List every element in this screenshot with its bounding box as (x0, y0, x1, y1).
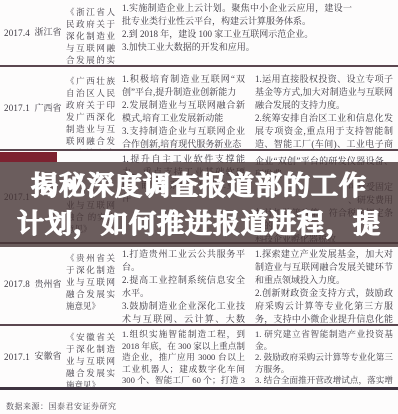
content-item: 2.发展制造业与互联网融合新模式,培育工业发展新动能 (122, 99, 245, 125)
content-item: 1.打造贵州工业云公共服务平台。 (122, 248, 245, 274)
cell-document-title: 《广西壮族自治区人民政府关于印发广西深化制造业与互联网融合发展实施方案的通知》 (62, 67, 118, 149)
cell-province: 贵州省 (34, 244, 62, 324)
table-row: 2017.4 浙江省 《浙江省人民政府关于深化制造业与互联网融合发展的实施意见》… (0, 0, 398, 67)
cell-measures: 1.积极培育制造业互联网“双创”平台,提升制造业创新能力 2.发展制造业与互联网… (118, 67, 250, 149)
cell-province: 广西省 (34, 67, 62, 149)
content-item: 2. 鼓励政府采购云计算等专业化第三方服务。 (255, 352, 393, 375)
content-item: 1.实施制造企业上云计划。聚焦中小企业云应用，建设一批专业类行业性云平台，构建云… (122, 2, 352, 28)
cell-measures: 1.打造贵州工业云公共服务平台。 2.提高工业控制系统信息安全水平。 3.鼓励制… (118, 244, 250, 324)
cell-date: 2017.8 (0, 244, 34, 324)
cell-document-title: 《浙江省人民政府关于深化制造业与互联网融合发展的实施意见》 (62, 0, 118, 65)
content-item: 2.统筹安排自治区工业和信息化发展专项资金,重点用于支持智能制造、智能工厂(车间… (255, 112, 393, 151)
content-item: 1.运用直接股权投资、设立专项子基金等方式,加大对制造业与互联网融合发展的支持力… (255, 73, 393, 112)
headline-line-2: 计划，如何推进报道进程，提 (0, 205, 398, 243)
table-row: 2017.1 安徽省 《安徽省关于深化制造业与互联网融合发展实施意见》 1.组织… (0, 326, 398, 390)
cell-province: 安徽省 (34, 326, 62, 387)
cell-measures: 1.组织实施智能制造工程，到 2018 年底，在 300 家以上重点制造企业，推… (118, 326, 250, 387)
content-item: 3.加快工业大数据的开发和应用。 (122, 41, 352, 54)
content-item: 1. 研究建立省智能制造产业投资基金。 (255, 329, 393, 352)
cell-date: 2017.1 (0, 67, 34, 149)
headline-banner-overlay: 揭秘深度调查报道部的工作 计划，如何推进报道进程，提 (0, 162, 398, 247)
cell-date: 2017.1 (0, 326, 34, 387)
cell-document-title: 《安徽省关于深化制造业与互联网融合发展实施意见》 (62, 326, 118, 387)
table-row: 2017.8 贵州省 《贵州省关于深化制造业与互联网融合发展实施意见》 1.打造… (0, 244, 398, 326)
content-item: 3.鼓励制造业企业深化工业技术与互联网、云计算、大数据、智能控制技术的集成创新与… (122, 300, 245, 326)
cell-support-policy: 1.探索建立产业发展基金，加大对制造业与互联网融合发展关键环节和重点领域投入力度… (250, 244, 398, 324)
data-source-note: 数据来源：国泰君安证券研究 (6, 401, 117, 412)
cell-province: 浙江省 (34, 0, 62, 65)
content-item: 1.积极培育制造业互联网“双创”平台,提升制造业创新能力 (122, 73, 245, 99)
headline-line-1: 揭秘深度调查报道部的工作 (0, 167, 398, 205)
content-item: 2.提高工业控制系统信息安全水平。 (122, 274, 245, 300)
cell-support-policy: 1.运用直接股权投资、设立专项子基金等方式,加大对制造业与互联网融合发展的支持力… (250, 67, 398, 149)
cell-support-policy: 1. 研究建立省智能制造产业投资基金。 2. 鼓励政府采购云计算等专业化第三方服… (250, 326, 398, 387)
cell-document-title: 《贵州省关于深化制造业与互联网融合发展实施意见》 (62, 244, 118, 324)
content-item: 1.组织实施智能制造工程，到 2018 年底，在 300 家以上重点制造企业，推… (122, 329, 245, 390)
cell-empty (356, 0, 398, 65)
content-item: 2.创新财政资金支持方式，鼓励政府采购云计算等专业化第三方服务，支持中小微企业提… (255, 287, 393, 326)
cell-content: 1.实施制造企业上云计划。聚焦中小企业云应用，建设一批专业类行业性云平台，构建云… (118, 0, 356, 65)
banner-corner-accent (0, 152, 57, 162)
content-item: 1.探索建立产业发展基金，加大对制造业与互联网融合发展关键环节和重点领域投入力度… (255, 248, 393, 287)
cell-date: 2017.4 (0, 0, 34, 65)
content-item: 3. 结合全面推开营改增试点，落实增值税优惠政策，以及研发费用加计扣除、高新技术… (255, 375, 393, 390)
content-item: 2.到 2018 年，建设 100 家工业互联网示范企业。 (122, 28, 352, 41)
table-row: 2017.1 广西省 《广西壮族自治区人民政府关于印发广西深化制造业与互联网融合… (0, 67, 398, 151)
content-item: 3.支持制造企业与互联网企业合作创新,培育现代服务新业态 (122, 125, 245, 151)
screenshot-root: 2017.4 浙江省 《浙江省人民政府关于深化制造业与互联网融合发展的实施意见》… (0, 0, 398, 414)
